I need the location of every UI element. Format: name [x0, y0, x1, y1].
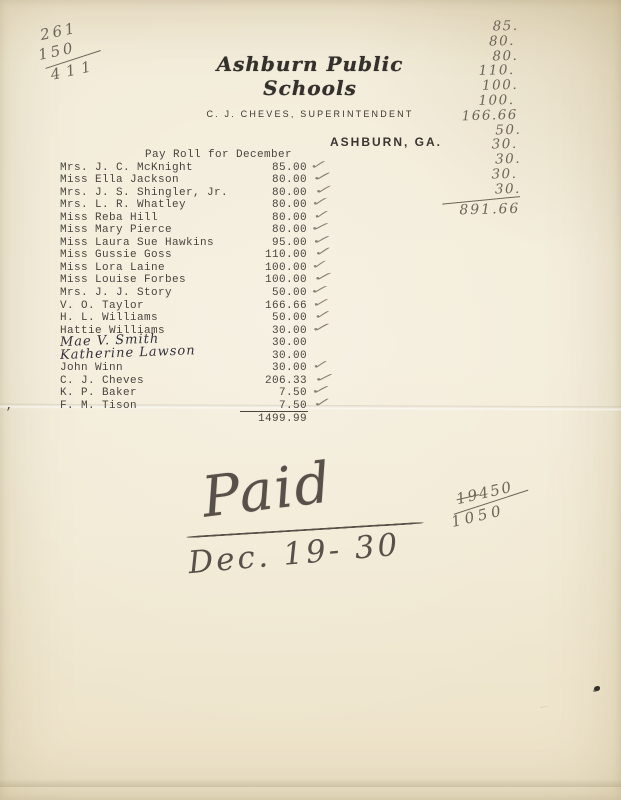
salary-amount: 50.00: [272, 287, 307, 299]
pencil-values: 85.80.80.110.100.100.166.6650.30.30.30.3…: [427, 19, 520, 199]
employee-name: Mrs. J. S. Shingler, Jr.: [60, 187, 228, 199]
payroll-row: Mrs. L. R. Whatley80.00✓: [60, 199, 307, 212]
salary-amount: 30.00: [272, 337, 307, 349]
employee-name: Miss Gussie Goss: [60, 249, 172, 261]
employee-name: V. O. Taylor: [60, 300, 144, 312]
payroll-row: John Winn30.00✓: [60, 362, 307, 375]
school-name: Ashburn Public Schools: [170, 52, 450, 100]
letterhead: Ashburn Public Schools C. J. CHEVES, SUP…: [170, 52, 450, 119]
salary-amount: 100.00: [265, 274, 307, 286]
employee-name: Miss Lora Laine: [60, 262, 165, 274]
pencil-checkmark-icon: ✓: [312, 395, 332, 411]
employee-name: Mrs. J. C. McKnight: [60, 162, 193, 174]
salary-amount: 7.50: [279, 387, 307, 399]
payroll-row: Miss Gussie Goss110.00✓: [60, 249, 307, 262]
salary-amount: 30.00: [272, 362, 307, 374]
payroll-row: Katherine Lawson30.00: [60, 350, 307, 363]
salary-amount: 30.00: [272, 350, 307, 362]
salary-amount: 100.00: [265, 262, 307, 274]
salary-amount: 80.00: [272, 187, 307, 199]
salary-amount: 80.00: [272, 199, 307, 211]
employee-name: Mrs. J. J. Story: [60, 287, 172, 299]
payroll-row: Mrs. J. C. McKnight85.00✓: [60, 162, 307, 175]
paid-annotation: Paid: [199, 450, 336, 530]
payroll-row: C. J. Cheves206.33✓: [60, 375, 307, 388]
employee-name: Miss Ella Jackson: [60, 174, 179, 186]
payroll-row: Miss Lora Laine100.00✓: [60, 262, 307, 275]
employee-name: H. L. Williams: [60, 312, 158, 324]
employee-name: Miss Mary Pierce: [60, 224, 172, 236]
payroll-row: Miss Ella Jackson80.00✓: [60, 174, 307, 187]
salary-amount: 95.00: [272, 237, 307, 249]
amount-column-underline: [240, 411, 308, 412]
salary-amount: 206.33: [265, 375, 307, 387]
payroll-row: Miss Reba Hill80.00✓: [60, 212, 307, 225]
payroll-total: 1499.99: [60, 413, 307, 425]
salary-amount: 30.00: [272, 325, 307, 337]
city-state: ASHBURN, GA.: [330, 135, 442, 149]
payroll-row: V. O. Taylor166.66✓: [60, 300, 307, 313]
ink-speck: [594, 686, 600, 691]
superintendent-line: C. J. CHEVES, SUPERINTENDENT: [170, 109, 450, 119]
faint-smudge: ...: [540, 698, 566, 707]
payroll-row: Miss Laura Sue Hawkins95.00✓: [60, 237, 307, 250]
salary-amount: 85.00: [272, 162, 307, 174]
pencil-checkmark-icon: ✓: [310, 319, 333, 335]
employee-name: Miss Louise Forbes: [60, 274, 186, 286]
payroll-row: Miss Mary Pierce80.00✓: [60, 224, 307, 237]
salary-amount: 110.00: [265, 249, 307, 261]
employee-name: Miss Reba Hill: [60, 212, 158, 224]
payroll-row: Mrs. J. S. Shingler, Jr.80.00✓: [60, 187, 307, 200]
pencil-amount: 30.: [432, 182, 521, 199]
salary-amount: 50.00: [272, 312, 307, 324]
salary-amount: 166.66: [265, 300, 307, 312]
scanned-payroll-document: Ashburn Public Schools C. J. CHEVES, SUP…: [0, 0, 621, 800]
stray-ink-mark: ’: [5, 406, 12, 420]
employee-name: Mrs. L. R. Whatley: [60, 199, 186, 211]
salary-amount: 80.00: [272, 212, 307, 224]
bottom-right-pencil-calculation: 19450 1050: [455, 474, 534, 528]
right-pencil-column: 85.80.80.110.100.100.166.6650.30.30.30.3…: [427, 19, 520, 219]
top-left-pencil-calculation: 261 150 411: [38, 15, 105, 84]
employee-name: John Winn: [60, 362, 123, 374]
employee-name: C. J. Cheves: [60, 375, 144, 387]
employee-name: F. M. Tison: [60, 400, 137, 412]
employee-name: K. P. Baker: [60, 387, 137, 399]
employee-name: Miss Laura Sue Hawkins: [60, 237, 214, 249]
payroll-row: Miss Louise Forbes100.00✓: [60, 274, 307, 287]
salary-amount: 80.00: [272, 224, 307, 236]
payroll-row: Mrs. J. J. Story50.00✓: [60, 287, 307, 300]
payroll-title: Pay Roll for December: [145, 149, 292, 161]
salary-amount: 80.00: [272, 174, 307, 186]
bottom-edge-shadow: [0, 779, 621, 787]
payroll-row: H. L. Williams50.00✓: [60, 312, 307, 325]
payroll-row: K. P. Baker7.50✓: [60, 387, 307, 400]
